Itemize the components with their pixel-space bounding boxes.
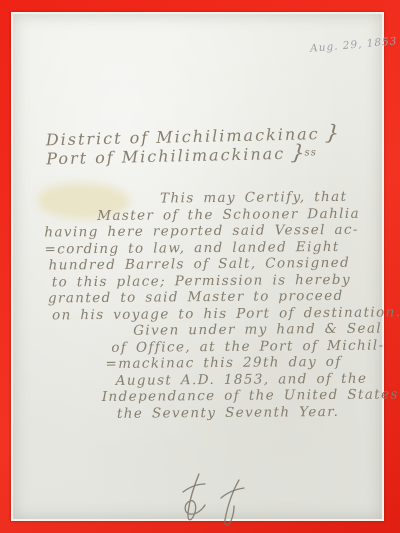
document-line: of Office, at the Port of Michil- — [111, 337, 388, 356]
pencil-date-annotation: Aug. 29, 1853 — [310, 35, 398, 55]
document-line: This may Certify, that — [160, 188, 387, 206]
document-line: Independance of the United States — [102, 386, 389, 405]
document-heading: District of Michilimackinac } Port of Mi… — [46, 124, 340, 169]
document-line: the Seventy Seventh Year. — [117, 403, 389, 422]
signature-mark — [161, 464, 271, 533]
document-body: This may Certify, that Master of the Sch… — [42, 188, 389, 422]
brace-flourish: } — [290, 143, 306, 163]
scanned-document-photo: Aug. 29, 1853 District of Michilimackina… — [0, 0, 400, 533]
heading-port-text: Port of Michilimackinac — [46, 144, 285, 168]
scilicet-ss-mark: ss — [304, 143, 317, 162]
brace-flourish: } — [325, 123, 341, 143]
document-paper: Aug. 29, 1853 District of Michilimackina… — [11, 12, 384, 521]
document-line: Given under my hand & Seal — [133, 320, 388, 339]
